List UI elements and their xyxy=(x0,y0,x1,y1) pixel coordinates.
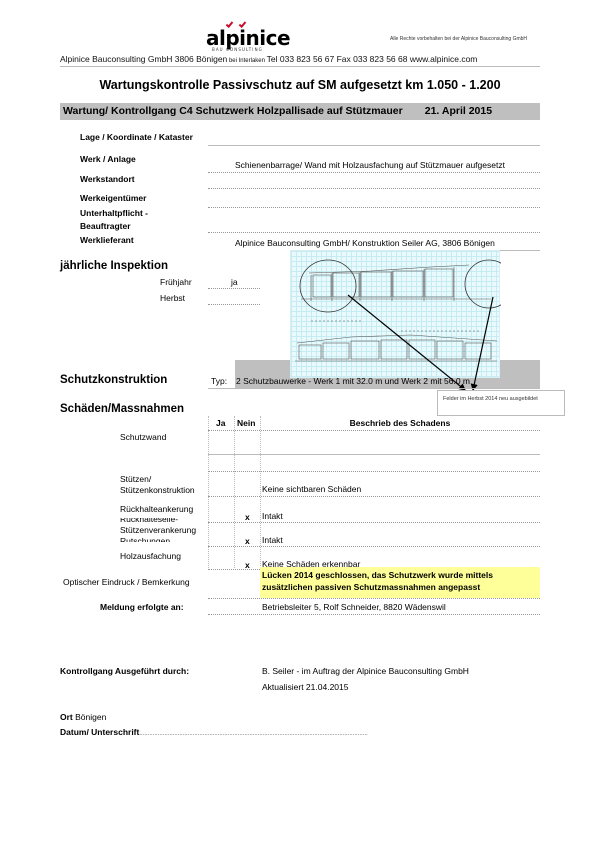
damage-row-nein-mark: x xyxy=(245,536,250,546)
row-line xyxy=(208,522,540,523)
col-header-nein: Nein xyxy=(237,418,255,428)
row-line xyxy=(208,546,540,547)
row-line xyxy=(208,454,540,455)
date-signature-dots: ........................................… xyxy=(139,731,367,737)
sketch-callout: Felder im Herbst 2014 neu ausgebildet xyxy=(437,390,565,416)
row-line xyxy=(208,471,540,472)
remarks-label: Optischer Eindruck / Bemkerkung xyxy=(63,577,190,587)
damage-row-nein-mark: x xyxy=(245,512,250,522)
damage-row-description: Intakt xyxy=(262,511,283,521)
col-header-ja: Ja xyxy=(216,418,225,428)
damage-row-label: Stützen/ Stützenkonstruktion xyxy=(120,474,210,496)
damage-row-label: Holzausfachung xyxy=(120,551,181,561)
report-line xyxy=(208,614,540,615)
damage-row-label: Rückhalteankerung xyxy=(120,504,193,514)
row-line xyxy=(208,496,540,497)
executed-label: Kontrollgang Ausgeführt durch: xyxy=(60,666,189,676)
date-signature-field: Datum/ Unterschrift.....................… xyxy=(60,727,368,737)
construction-line xyxy=(208,388,540,389)
location-label: Ort xyxy=(60,712,73,722)
construction-type-value: 2 Schutzbauwerke - Werk 1 mit 32.0 m und… xyxy=(236,376,470,386)
report-value: Betriebsleiter 5, Rolf Schneider, 8820 W… xyxy=(262,602,446,612)
date-signature-label: Datum/ Unterschrift xyxy=(60,727,139,737)
location-field: Ort Bönigen xyxy=(60,712,106,722)
damage-row-label-clip: Rückhalteseile- Stützenverankerung Rutsc… xyxy=(120,518,210,542)
col-header-description: Beschrieb des Schadens xyxy=(260,418,540,428)
updated-date: Aktualisiert 21.04.2015 xyxy=(262,682,348,692)
construction-type-label: Typ: xyxy=(211,376,227,386)
remarks-value: Lücken 2014 geschlossen, das Schutzwerk … xyxy=(260,567,540,598)
remarks-line xyxy=(208,598,540,599)
report-label: Meldung erfolgte an: xyxy=(100,602,184,612)
damage-row-description: Intakt xyxy=(262,535,283,545)
row-line xyxy=(208,430,540,431)
construction-heading: Schutzkonstruktion xyxy=(60,374,167,386)
damage-row-label: Rückhalteseile- Stützenverankerung Rutsc… xyxy=(120,518,210,542)
damage-row-description: Keine sichtbaren Schäden xyxy=(262,484,361,494)
location-value: Bönigen xyxy=(75,712,106,722)
damage-row-label: Schutzwand xyxy=(120,432,166,442)
row-line xyxy=(208,569,260,570)
damages-heading: Schäden/Massnahmen xyxy=(60,403,184,415)
executed-value: B. Seiler - im Auftrag der Alpinice Bauc… xyxy=(262,666,469,676)
